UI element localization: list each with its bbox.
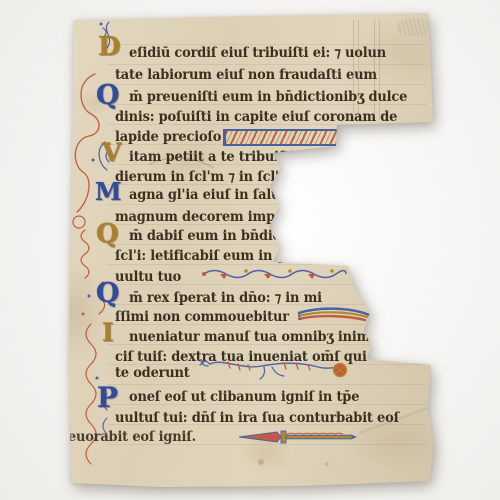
parchment-surface: D Q V M Q Q I P eſidiū cordiſ eiuſ tribu… — [65, 12, 437, 490]
feather-plume-line-filler — [295, 306, 371, 323]
manuscript-text-line: magnum decorem impo — [115, 210, 283, 226]
manuscript-text-line: oneſ eoſ ut clibanum igniſ in tp̄e — [129, 390, 359, 406]
sword-line-filler — [237, 429, 357, 445]
manuscript-fragment: D Q V M Q Q I P eſidiū cordiſ eiuſ tribu… — [65, 12, 437, 490]
manuscript-text-line: ſcl'i: letificabiſ eum in ga — [115, 249, 294, 265]
manuscript-text-line: te oderunt — [115, 366, 190, 382]
manuscript-text-line: m̄ rex ſperat in dn̄o: ⁊ in mi — [129, 291, 322, 307]
manuscript-text-line: m̄ preueniſti eum in bn̄dictionibʒ dulce — [129, 90, 407, 106]
manuscript-text-line: agna gl'ia eiuſ in ſalutari — [129, 188, 306, 204]
dragon-line-filler — [198, 353, 350, 381]
illuminated-initial-I: I — [102, 320, 114, 345]
manuscript-text-line: ſſimi non commouebitur — [115, 310, 289, 326]
manuscript-text-line: uultuſ tui: dn̄ſ in ira ſua conturbabit … — [115, 411, 399, 427]
manuscript-text-line: uultu tuo — [115, 270, 181, 286]
photo-backdrop: D Q V M Q Q I P eſidiū cordiſ eiuſ tribu… — [0, 0, 500, 500]
manuscript-text-line: dierum in ſcl'm ⁊ in ſcl'i — [115, 170, 284, 186]
manuscript-text-line: dinis: poſuiſti in capite eiuſ coronam d… — [115, 110, 397, 126]
chain-bar-line-filler — [223, 129, 341, 146]
manuscript-text-line: tate labiorum eiuſ non fraudaſti eum — [115, 68, 377, 84]
illuminated-initial-P: P — [97, 384, 118, 412]
manuscript-text-line: nueniatur manuſ tua omnibʒ inimi — [129, 330, 375, 346]
manuscript-text-line: deuorabit eoſ igniſ. — [59, 430, 196, 446]
illuminated-initial-D: D — [98, 34, 121, 60]
manuscript-text-line: m̄ dabiſ eum in bn̄dictio — [129, 229, 299, 245]
vine-line-filler — [200, 266, 348, 280]
manuscript-text-line: eſidiū cordiſ eiuſ tribuiſti ei: ⁊ uolun — [129, 46, 386, 62]
manuscript-text-line: itam petiit a te tribuiſti ei lōgitu — [129, 150, 358, 166]
manuscript-text-line: lapide precioſo — [115, 130, 221, 146]
illuminated-initial-Q: Q — [96, 82, 120, 109]
